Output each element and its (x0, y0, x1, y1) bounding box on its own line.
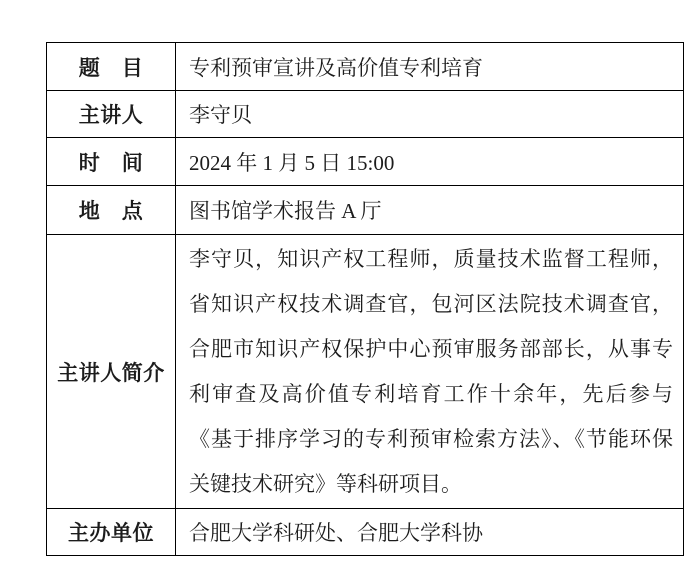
time-value: 2024 年 1 月 5 日 15:00 (176, 138, 684, 186)
bio-line: 省知识产权技术调查官，包河区法院技术调查官， (189, 282, 673, 327)
table-row-speaker-bio: 主讲人简介 李守贝，知识产权工程师，质量技术监督工程师， 省知识产权技术调查官，… (47, 235, 684, 509)
table-row-speaker: 主讲人 李守贝 (47, 91, 684, 138)
organizer-value: 合肥大学科研处、合肥大学科协 (176, 509, 684, 556)
bio-line: 关键技术研究》等科研项目。 (189, 462, 673, 507)
bio-line: 利审查及高价值专利培育工作十余年，先后参与 (189, 372, 673, 417)
location-label: 地 点 (47, 186, 176, 235)
table-row-location: 地 点 图书馆学术报告 A 厅 (47, 186, 684, 235)
bio-line: 《基于排序学习的专利预审检索方法》、《节能环保 (189, 417, 673, 462)
table-row-title: 题 目 专利预审宣讲及高价值专利培育 (47, 43, 684, 91)
time-label: 时 间 (47, 138, 176, 186)
speaker-bio-label: 主讲人简介 (47, 235, 176, 509)
title-value: 专利预审宣讲及高价值专利培育 (176, 43, 684, 91)
lecture-info-table: 题 目 专利预审宣讲及高价值专利培育 主讲人 李守贝 时 间 2024 年 1 … (46, 42, 684, 556)
speaker-label: 主讲人 (47, 91, 176, 138)
location-value: 图书馆学术报告 A 厅 (176, 186, 684, 235)
organizer-label: 主办单位 (47, 509, 176, 556)
bio-line: 合肥市知识产权保护中心预审服务部部长，从事专 (189, 327, 673, 372)
bio-line: 李守贝，知识产权工程师，质量技术监督工程师， (189, 237, 673, 282)
table-row-organizer: 主办单位 合肥大学科研处、合肥大学科协 (47, 509, 684, 556)
speaker-bio-value: 李守贝，知识产权工程师，质量技术监督工程师， 省知识产权技术调查官，包河区法院技… (176, 235, 684, 509)
table-row-time: 时 间 2024 年 1 月 5 日 15:00 (47, 138, 684, 186)
speaker-value: 李守贝 (176, 91, 684, 138)
title-label: 题 目 (47, 43, 176, 91)
